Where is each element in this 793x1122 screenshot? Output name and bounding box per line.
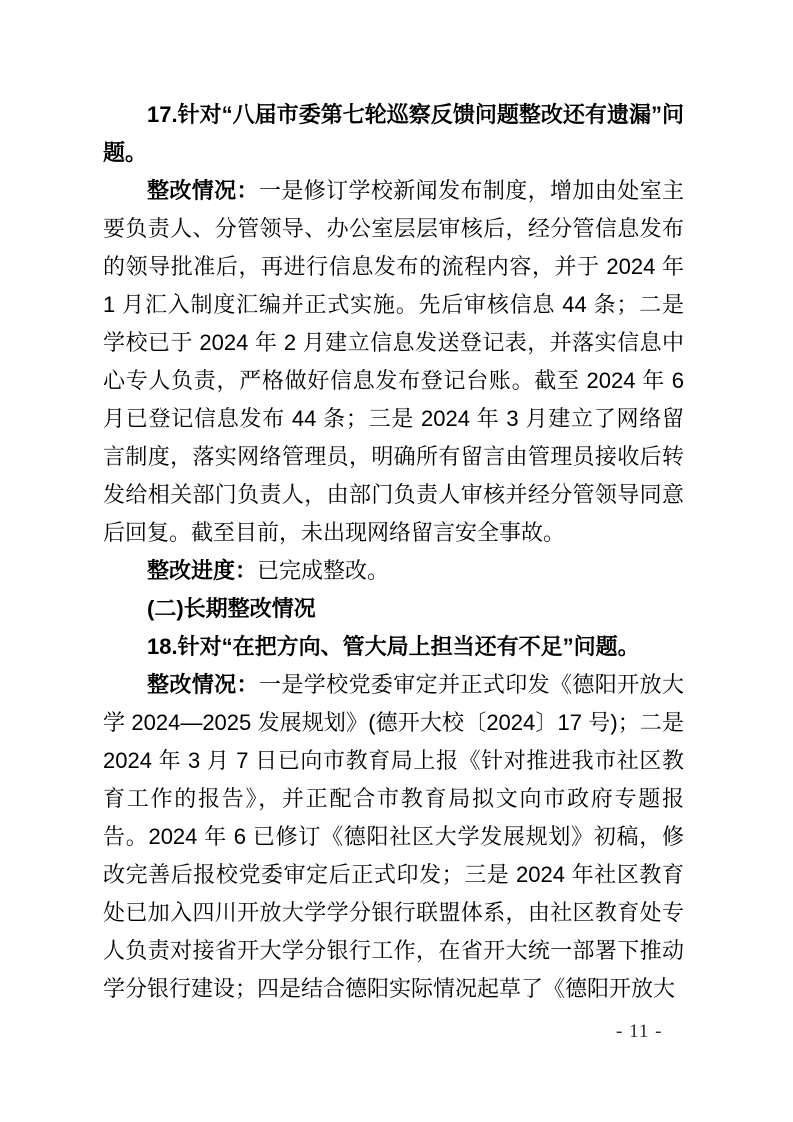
page-content: 17.针对“八届市委第七轮巡察反馈问题整改还有遗漏”问题。 整改情况：一是修订学… xyxy=(103,96,684,1008)
subsection-heading-long-term: (二)长期整改情况 xyxy=(103,590,684,628)
paragraph-rectification-progress-17: 整改进度：已完成整改。 xyxy=(103,552,684,590)
paragraph-lead: 整改情况： xyxy=(147,178,259,203)
paragraph-rectification-status-18: 整改情况：一是学校党委审定并正式印发《德阳开放大学 2024—2025 发展规划… xyxy=(103,666,684,1008)
paragraph-lead: 整改情况： xyxy=(147,672,259,697)
paragraph-rectification-status-17: 整改情况：一是修订学校新闻发布制度，增加由处室主要负责人、分管领导、办公室层层审… xyxy=(103,172,684,552)
page-number: - 11 - xyxy=(616,1020,662,1044)
paragraph-text: 一是学校党委审定并正式印发《德阳开放大学 2024—2025 发展规划》(德开大… xyxy=(103,672,684,1001)
paragraph-lead: 整改进度： xyxy=(147,558,257,583)
section-heading-17: 17.针对“八届市委第七轮巡察反馈问题整改还有遗漏”问题。 xyxy=(103,96,684,172)
paragraph-text: 已完成整改。 xyxy=(257,558,389,583)
paragraph-text: 一是修订学校新闻发布制度，增加由处室主要负责人、分管领导、办公室层层审核后，经分… xyxy=(103,178,684,545)
document-page: 17.针对“八届市委第七轮巡察反馈问题整改还有遗漏”问题。 整改情况：一是修订学… xyxy=(0,0,793,1122)
section-heading-18: 18.针对“在把方向、管大局上担当还有不足”问题。 xyxy=(103,628,684,666)
